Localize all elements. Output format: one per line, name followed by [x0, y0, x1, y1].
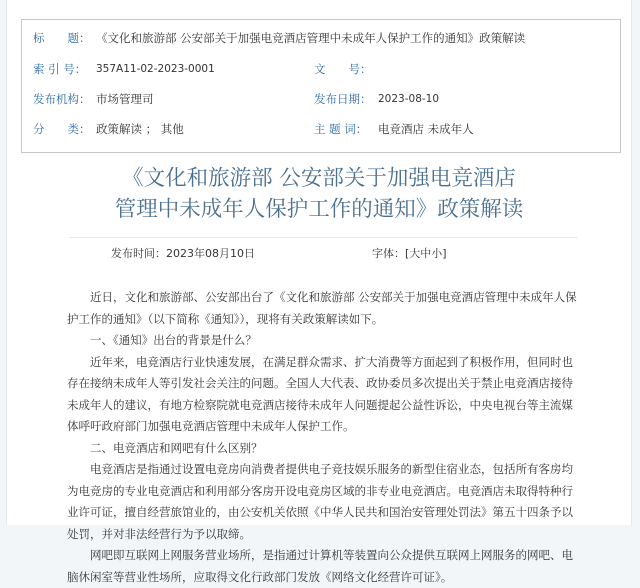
date-label: 发布日期： [314, 89, 372, 109]
section-heading: 一、《通知》出台的背景是什么？ [67, 330, 579, 352]
index-label: 索 引 号： [33, 59, 86, 79]
document-page: 标 题： 《文化和旅游部 公安部关于加强电竞酒店管理中未成年人保护工作的通知》政… [6, 0, 632, 525]
meta-row-title: 标 题： 《文化和旅游部 公安部关于加强电竞酒店管理中未成年人保护工作的通知》政… [22, 28, 620, 48]
date-value: 2023-08-10 [378, 89, 439, 109]
article-title-line2: 管理中未成年人保护工作的通知》政策解读 [7, 194, 631, 226]
title-label: 标 题： [33, 28, 91, 48]
section-heading: 二、电竞酒店和网吧有什么区别？ [67, 438, 579, 460]
title-value: 《文化和旅游部 公安部关于加强电竞酒店管理中未成年人保护工作的通知》政策解读 [96, 28, 525, 48]
org-value: 市场管理司 [96, 89, 154, 109]
paragraph: 近年来，电竞酒店行业快速发展，在满足群众需求、扩大消费等方面起到了积极作用，但同… [67, 352, 579, 438]
category-label: 分 类： [33, 119, 91, 139]
publish-time: 发布时间：2023年08月10日 [111, 244, 255, 264]
metadata-box: 标 题： 《文化和旅游部 公安部关于加强电竞酒店管理中未成年人保护工作的通知》政… [21, 19, 621, 153]
paragraph: 近日，文化和旅游部、公安部出台了《文化和旅游部 公安部关于加强电竞酒店管理中未成… [67, 287, 579, 330]
subject-label: 主 题 词： [314, 119, 367, 139]
meta-row-category: 分 类： 政策解读 ； 其他 主 题 词： 电竞酒店 未成年人 [22, 119, 620, 139]
article-title-line1: 《文化和旅游部 公安部关于加强电竞酒店 [7, 163, 631, 195]
paragraph: 电竞酒店是指通过设置电竞房向消费者提供电子竞技娱乐服务的新型住宿业态，包括所有客… [67, 459, 579, 525]
category-value: 政策解读 ； 其他 [96, 119, 184, 139]
meta-row-org: 发布机构： 市场管理司 发布日期： 2023-08-10 [22, 89, 620, 109]
font-size-links[interactable]: [大中小] [405, 247, 447, 260]
docno-label: 文 号： [314, 59, 372, 79]
index-value: 357A11-02-2023-0001 [96, 59, 215, 79]
font-label: 字体： [372, 247, 405, 260]
org-label: 发布机构： [33, 89, 91, 109]
meta-row-index: 索 引 号： 357A11-02-2023-0001 文 号： [22, 59, 620, 79]
subject-value: 电竞酒店 未成年人 [378, 119, 474, 139]
title-divider [69, 237, 577, 238]
font-size-control: 字体：[大中小] [372, 244, 447, 264]
article-body: 近日，文化和旅游部、公安部出台了《文化和旅游部 公安部关于加强电竞酒店管理中未成… [67, 287, 579, 525]
